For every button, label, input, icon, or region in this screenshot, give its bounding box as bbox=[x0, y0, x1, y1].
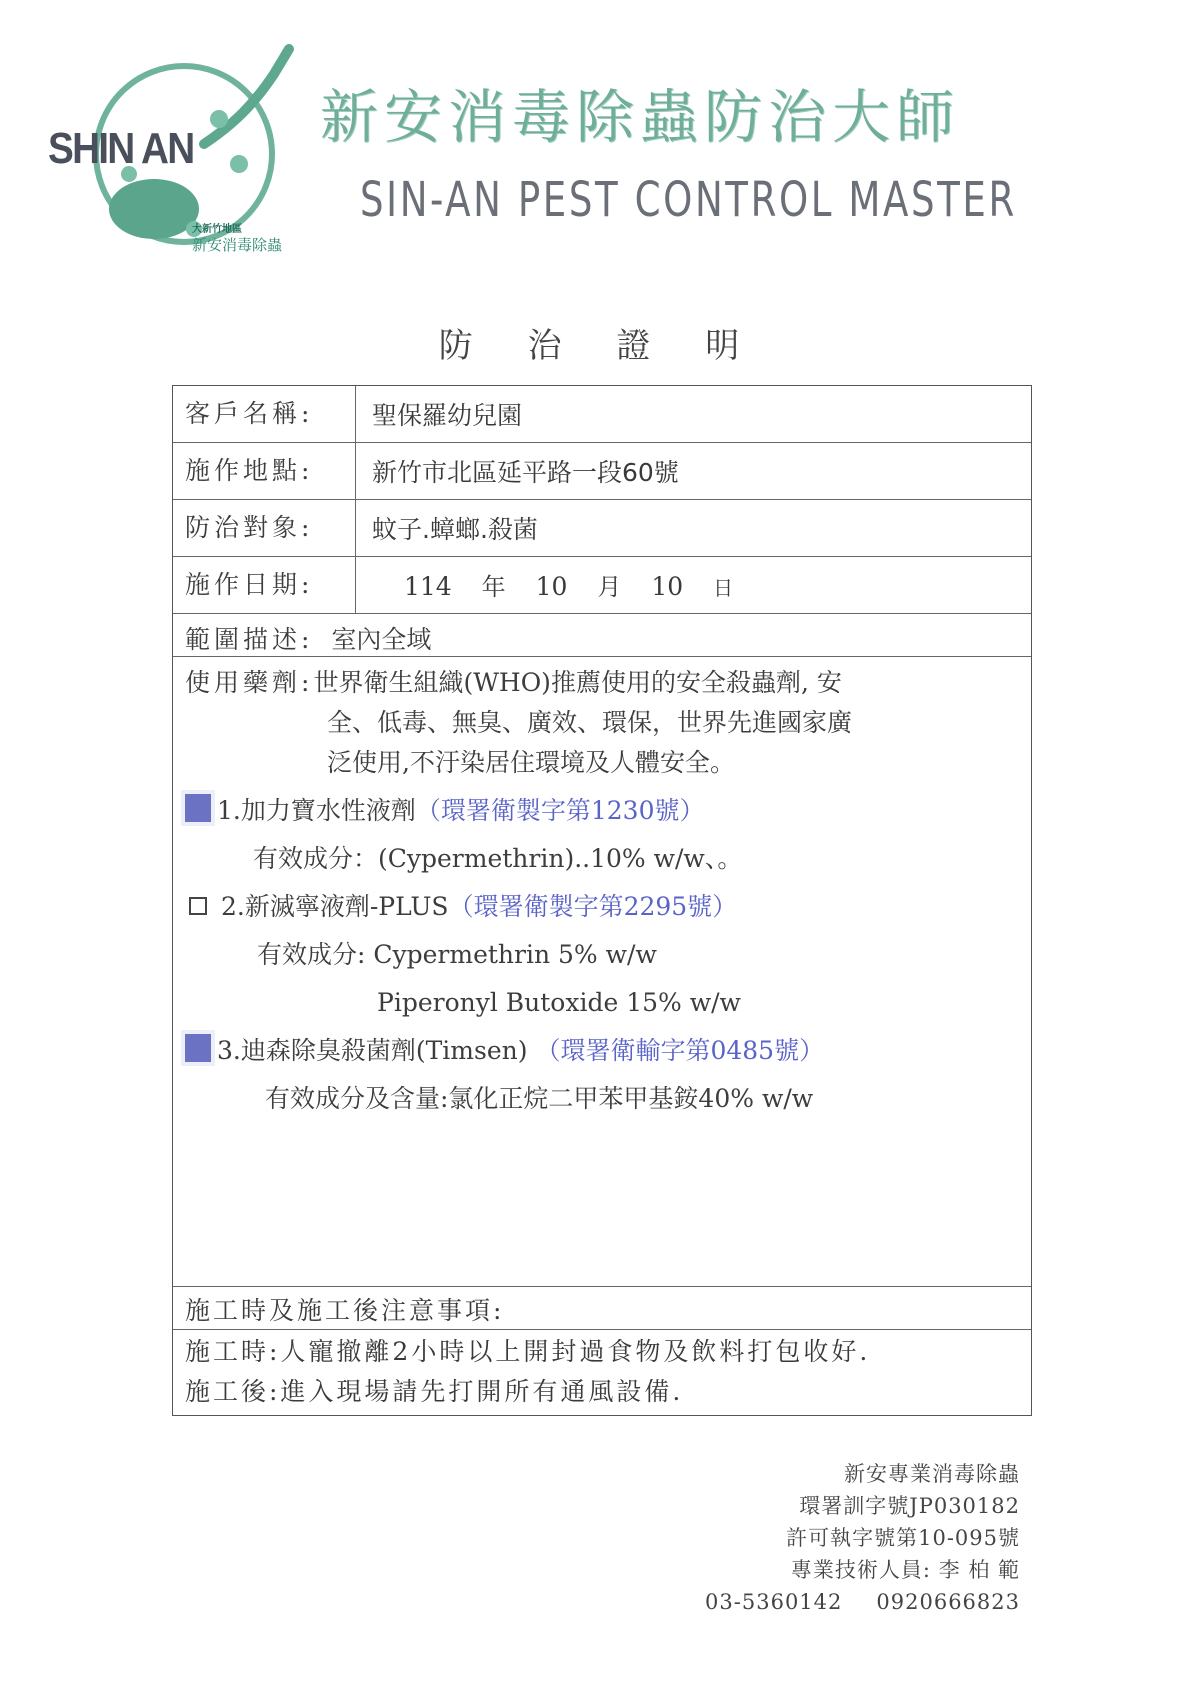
note-during: 施工時:人寵撤離2小時以上開封過食物及飲料打包收好. bbox=[185, 1332, 870, 1372]
item-1-name: 1.加力寶水性液劑 bbox=[217, 796, 416, 825]
logo-subtitle-region: 大新竹地區 bbox=[192, 220, 242, 235]
checkbox-checked-icon[interactable] bbox=[185, 794, 211, 822]
date-year-unit: 年 bbox=[482, 573, 506, 601]
note-after: 施工後:進入現場請先打開所有通風設備. bbox=[185, 1372, 870, 1412]
item-2-name: 2.新滅寧液劑-PLUS bbox=[221, 892, 449, 921]
row-date: 施作日期: 114 年 10 月 10 日 bbox=[173, 557, 1031, 614]
location-value: 新竹市北區延平路一段60號 bbox=[356, 443, 1031, 499]
item-2-ingredient-2: Piperonyl Butoxide 15% w/w bbox=[185, 979, 1019, 1027]
row-medication: 使用藥劑:世界衛生組織(WHO)推薦使用的安全殺蟲劑, 安 全、低毒、無臭、廣效… bbox=[173, 657, 1031, 1287]
medication-desc-line-1: 世界衛生組織(WHO)推薦使用的安全殺蟲劑, 安 bbox=[313, 668, 841, 697]
document-title: 防 治 證 明 bbox=[0, 318, 1200, 367]
medication-label: 使用藥劑: bbox=[185, 668, 313, 697]
scope-value: 室內全域 bbox=[331, 625, 431, 654]
target-value: 蚊子.蟑螂.殺菌 bbox=[356, 500, 1031, 556]
scope-label: 範圍描述: bbox=[185, 625, 313, 654]
footer-technician: 專業技術人員: 李 柏 範 bbox=[705, 1554, 1020, 1586]
date-value: 114 年 10 月 10 日 bbox=[356, 557, 1031, 613]
item-3-registration: （環署衛輸字第0485號） bbox=[535, 1036, 824, 1065]
target-label: 防治對象: bbox=[173, 500, 356, 556]
row-target: 防治對象: 蚊子.蟑螂.殺菌 bbox=[173, 500, 1031, 557]
footer-company: 新安專業消毒除蟲 bbox=[705, 1458, 1020, 1490]
date-year: 114 bbox=[404, 572, 452, 601]
date-day-unit: 日 bbox=[713, 576, 733, 600]
footer-mobile: 0920666823 bbox=[876, 1590, 1020, 1614]
customer-value: 聖保羅幼兒園 bbox=[356, 386, 1031, 442]
row-location: 施作地點: 新竹市北區延平路一段60號 bbox=[173, 443, 1031, 500]
row-scope: 範圍描述: 室內全域 bbox=[173, 614, 1031, 657]
notes-heading: 施工時及施工後注意事項: bbox=[173, 1287, 1031, 1330]
brand-name-english: SIN-AN PEST CONTROL MASTER bbox=[360, 172, 1017, 228]
company-footer: 新安專業消毒除蟲 環署訓字號JP030182 許可執字號第10-095號 專業技… bbox=[705, 1458, 1020, 1618]
footer-phones: 03-53601420920666823 bbox=[705, 1586, 1020, 1618]
row-customer: 客戶名稱: 聖保羅幼兒園 bbox=[173, 386, 1031, 443]
footer-license: 許可執字號第10-095號 bbox=[705, 1522, 1020, 1554]
medication-desc-line-2: 全、低毒、無臭、廣效、環保，世界先進國家廣 bbox=[185, 703, 1019, 743]
logo-subtitle-name: 新安消毒除蟲 bbox=[192, 234, 282, 255]
date-day: 10 bbox=[651, 572, 683, 601]
brand-name-chinese: 新安消毒除蟲防治大師 bbox=[320, 70, 960, 154]
medication-item-2: 2.新滅寧液劑-PLUS（環署衛製字第2295號） bbox=[185, 883, 1019, 931]
medication-item-3: 3.迪森除臭殺菌劑(Timsen)（環署衛輸字第0485號） bbox=[185, 1027, 1019, 1075]
item-3-ingredients: 有效成分及含量:氯化正烷二甲苯甲基銨40% w/w bbox=[185, 1075, 1019, 1123]
item-1-registration: （環署衛製字第1230號） bbox=[416, 796, 705, 825]
certificate-table: 客戶名稱: 聖保羅幼兒園 施作地點: 新竹市北區延平路一段60號 防治對象: 蚊… bbox=[172, 385, 1032, 1416]
checkbox-checked-icon[interactable] bbox=[185, 1034, 211, 1062]
company-logo: SHIN AN 大新竹地區 新安消毒除蟲 bbox=[44, 44, 324, 259]
footer-phone: 03-5360142 bbox=[705, 1590, 842, 1614]
item-1-ingredients: 有效成分：(Cypermethrin)..10% w/w、。 bbox=[185, 835, 1019, 883]
scope-cell: 範圍描述: 室內全域 bbox=[173, 614, 431, 656]
medication-desc-line-3: 泛使用,不汙染居住環境及人體安全。 bbox=[185, 743, 1019, 783]
item-3-name: 3.迪森除臭殺菌劑(Timsen) bbox=[217, 1036, 527, 1065]
item-2-registration: （環署衛製字第2295號） bbox=[449, 892, 738, 921]
checkbox-unchecked-icon[interactable] bbox=[189, 897, 207, 915]
date-month: 10 bbox=[536, 572, 568, 601]
date-month-unit: 月 bbox=[597, 573, 621, 601]
date-label: 施作日期: bbox=[173, 557, 356, 613]
location-label: 施作地點: bbox=[173, 443, 356, 499]
footer-epa-number: 環署訓字號JP030182 bbox=[705, 1490, 1020, 1522]
medication-item-1: 1.加力寶水性液劑（環署衛製字第1230號） bbox=[185, 787, 1019, 835]
notes-body: 施工時:人寵撤離2小時以上開封過食物及飲料打包收好. 施工後:進入現場請先打開所… bbox=[173, 1330, 1031, 1415]
item-2-ingredient-1: 有效成分: Cypermethrin 5% w/w bbox=[185, 931, 1019, 979]
logo-text: SHIN AN bbox=[48, 124, 193, 174]
customer-label: 客戶名稱: bbox=[173, 386, 356, 442]
